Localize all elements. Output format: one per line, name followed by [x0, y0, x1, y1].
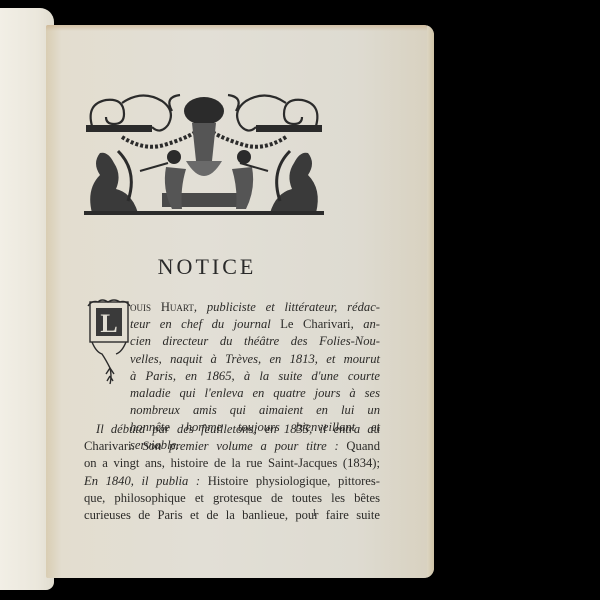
right-page: NOTICE L ouis Huart, publiciste et litté…: [46, 25, 434, 578]
page-edge: [427, 25, 434, 578]
text-line: curieuses de Paris et de la banlieue, po…: [84, 507, 380, 524]
text-line: que, philosophique et grotesque de toute…: [84, 490, 380, 507]
text-line: maladie qui l'enleva en quatre jours à s…: [130, 385, 380, 402]
text-line: Il débuta par des feuilletons; en 1835, …: [84, 421, 380, 438]
text-line: teur en chef du journal Le Charivari, an…: [130, 316, 380, 333]
notice-paragraph-2: Il débuta par des feuilletons; en 1835, …: [84, 421, 380, 524]
text-line: cien directeur du théâtre des Folies-Nou…: [130, 333, 380, 350]
page-title: NOTICE: [46, 254, 368, 280]
page-number: 1: [312, 508, 317, 519]
svg-text:L: L: [100, 309, 117, 338]
text-line: En 1840, il publia : Histoire physiologi…: [84, 473, 380, 490]
text-line: velles, naquit à Trèves, en 1813, et mou…: [130, 351, 380, 368]
text-line: on a vingt ans, histoire de la rue Saint…: [84, 455, 380, 472]
text-line: à Paris, en 1865, à la suite d'une court…: [130, 368, 380, 385]
text-line: nombreux amis qui aimaient en lui un: [130, 402, 380, 419]
ornamental-headpiece-icon: [82, 81, 326, 221]
ornate-drop-cap-l-icon: L: [86, 298, 134, 388]
text-line: ouis Huart, publiciste et littérateur, r…: [130, 299, 380, 316]
text-line: Charivari. Son premier volume a pour tit…: [84, 438, 380, 455]
